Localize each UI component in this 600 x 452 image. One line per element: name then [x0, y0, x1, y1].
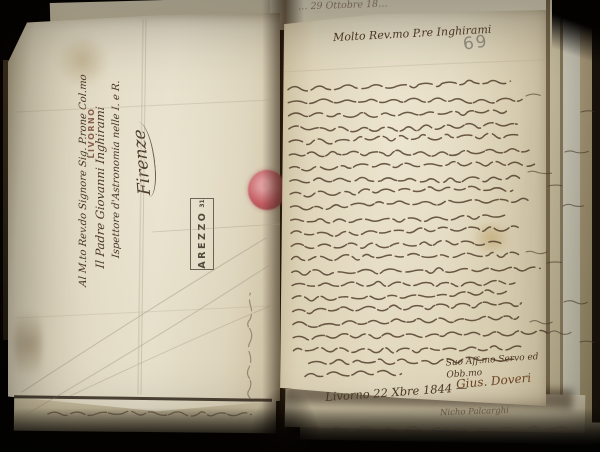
livorno-postmark: LIVORNO	[87, 102, 101, 164]
arezzo-postmark-text: AREZZO	[197, 211, 208, 269]
address-line: Ispettore d'Astronomia nelle I. e R.	[111, 42, 122, 259]
right-page-letter	[276, 6, 546, 408]
arezzo-postmark-sub: 31	[199, 199, 206, 207]
gutter-bottom-shadow	[250, 390, 320, 452]
pencil-page-number: 69	[462, 31, 490, 54]
paper-stain	[14, 298, 42, 390]
address-city: Firenze	[129, 121, 158, 197]
dark-corner	[552, 0, 600, 70]
paper-stain	[468, 224, 514, 252]
arezzo-postmark: AREZZO 31	[190, 198, 214, 270]
archival-letter-book-photo: Al M.to Rev.do Signore Sig. P.rone Col.m…	[0, 0, 600, 452]
